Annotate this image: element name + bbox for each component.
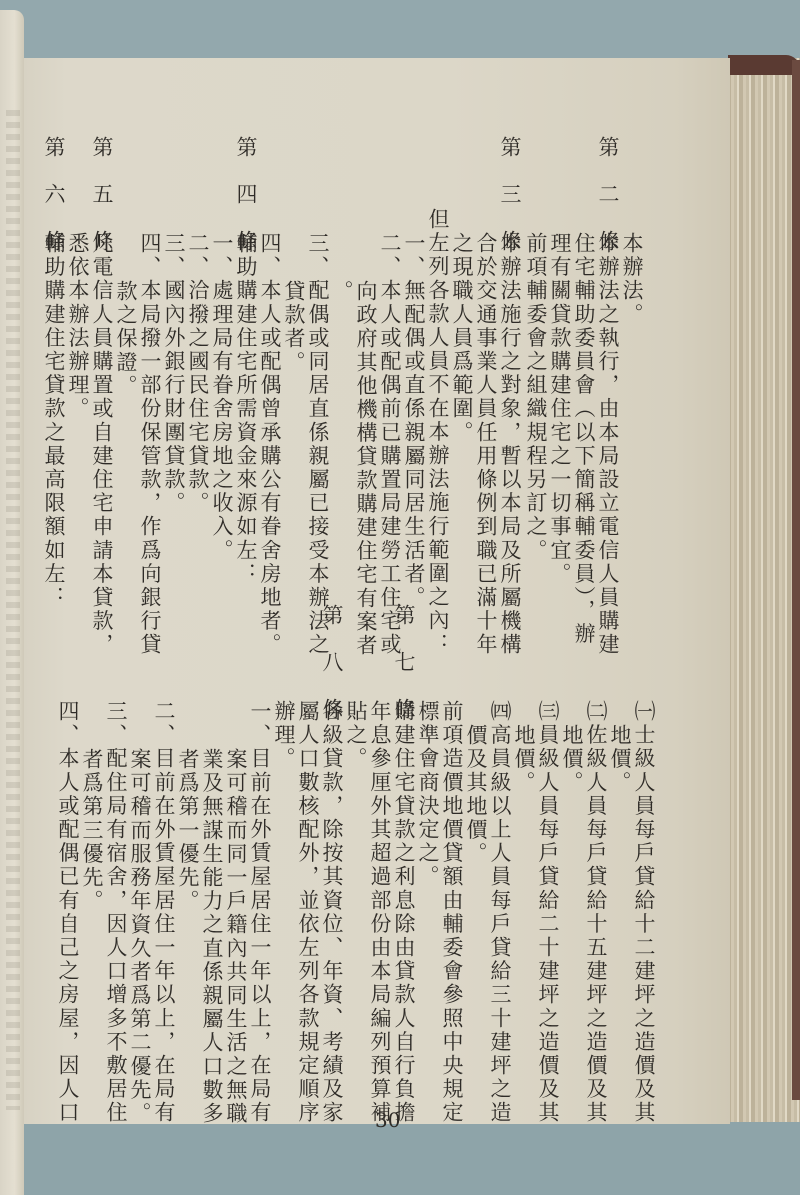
page-number: 30 [375,1108,400,1132]
text-column: 二、目前在外賃屋居住一年以上，在局有 [152,700,176,1125]
text-column: 四、本局撥一部份保管款，作爲向銀行貸 [138,232,162,657]
text-column: 前項造價地價貸額由輔委會參照中央規定 [440,700,464,1125]
left-page-bleed-text [6,110,20,1110]
backdrop-top [0,0,800,60]
text-column: 三、國內外銀行財團貸款。 [162,232,186,515]
text-column: 住宅輔助委員會（以下簡稱輔委員），辦 [572,232,596,646]
document-page: 本辦法。第二條本辦法之執行，由本局設立電信人員購建住宅輔助委員會（以下簡稱輔委員… [24,58,730,1124]
text-column: 二、本人或配偶前已購置局建勞工住宅或 [378,232,402,657]
text-column: 標準會商決定之。 [416,700,440,889]
text-column: 四、本人或配偶已有自己之房屋，因人口 [56,700,80,1125]
text-column: 凡電信人員購置或自建住宅申請本貸款， [90,232,114,657]
text-column: 屬人口數核配外，並依左列各款規定順序 [296,700,320,1125]
text-column: 二、洽撥之國民住宅貸款。 [186,232,210,515]
text-column: 向政府其他機構貸款購建住宅有案者 [354,280,378,658]
text-column: 業及無謀生能力之直係親屬人口數多 [200,748,224,1126]
text-column: 款之保證。 [114,280,138,398]
text-column: ㈠士級人員每戶貸給十二建坪之造價及其 [632,700,656,1125]
text-column: 前項輔委會之組織規程另訂之。 [524,232,548,562]
text-column: 案可稽而同一戶籍內共同生活之無職 [224,748,248,1126]
text-column: 一、處理局有眷舍房地之收入。 [210,232,234,562]
text-column: 之現職人員爲範圍。 [450,232,474,444]
text-column: 辦理。 [272,700,296,771]
text-column: ㈡佐級人員每戶貸給十五建坪之造價及其 [584,700,608,1125]
text-column: 四、本人或配偶曾承購公有眷舍房地者。 [258,232,282,657]
text-column: 價及其地價。 [464,724,488,866]
text-column: 地價。 [608,724,632,795]
text-column: 三、配偶或同居直係親屬已接受本辦法之 [306,232,330,657]
text-column: 但左列各款人員不在本辦法施行範圍之內： [426,208,450,656]
text-column: 悉依本辦法辦理。 [66,232,90,421]
text-column: 貸款者。 [282,280,306,374]
book-cover-side [792,60,800,1100]
text-column: 輔助購建住宅貸款之最高限額如左： [42,232,66,610]
text-column: ㈢員級人員每戶貸給二十建坪之造價及其 [536,700,560,1125]
text-column: 地價。 [512,724,536,795]
text-column: 合於交通事業人員任用條例到職已滿十年 [474,232,498,657]
text-column: 。 [330,280,354,304]
text-column: 理有關貸款購建住宅之一切事宜。 [548,232,572,586]
text-column: 輔助購建住宅所需資金來源如左： [234,232,258,586]
book-cover-corner [728,55,800,75]
text-column: 本辦法之執行，由本局設立電信人員購建 [596,232,620,657]
text-column: 本辦法施行之對象，暫以本局及所屬機構 [498,232,522,657]
text-column: 地價。 [560,724,584,795]
text-column: 本辦法。 [620,232,644,326]
book-page-edges [722,58,800,1122]
text-column: 貼之。 [344,700,368,771]
text-column: 三、配住局有宿舍，因人口增多不敷居住 [104,700,128,1125]
text-column: 者爲第三優先。 [80,748,104,913]
text-column: ㈣高員級以上人員每戶貸給三十建坪之造 [488,700,512,1125]
text-column: 年息參厘外其超過部份由本局編列預算補 [368,700,392,1125]
text-column: 購建住宅貸款之利息除由貸款人自行負擔 [392,700,416,1125]
text-column: 各級貸款，除按其資位、年資、考績及家 [320,700,344,1125]
text-column: 案可稽而服務年資久者爲第二優先。 [128,748,152,1126]
text-column: 一、目前在外賃屋居住一年以上，在局有 [248,700,272,1125]
text-column: 者爲第一優先。 [176,748,200,913]
text-column: 一、無配偶或直係親屬同居生活者。 [402,232,426,610]
